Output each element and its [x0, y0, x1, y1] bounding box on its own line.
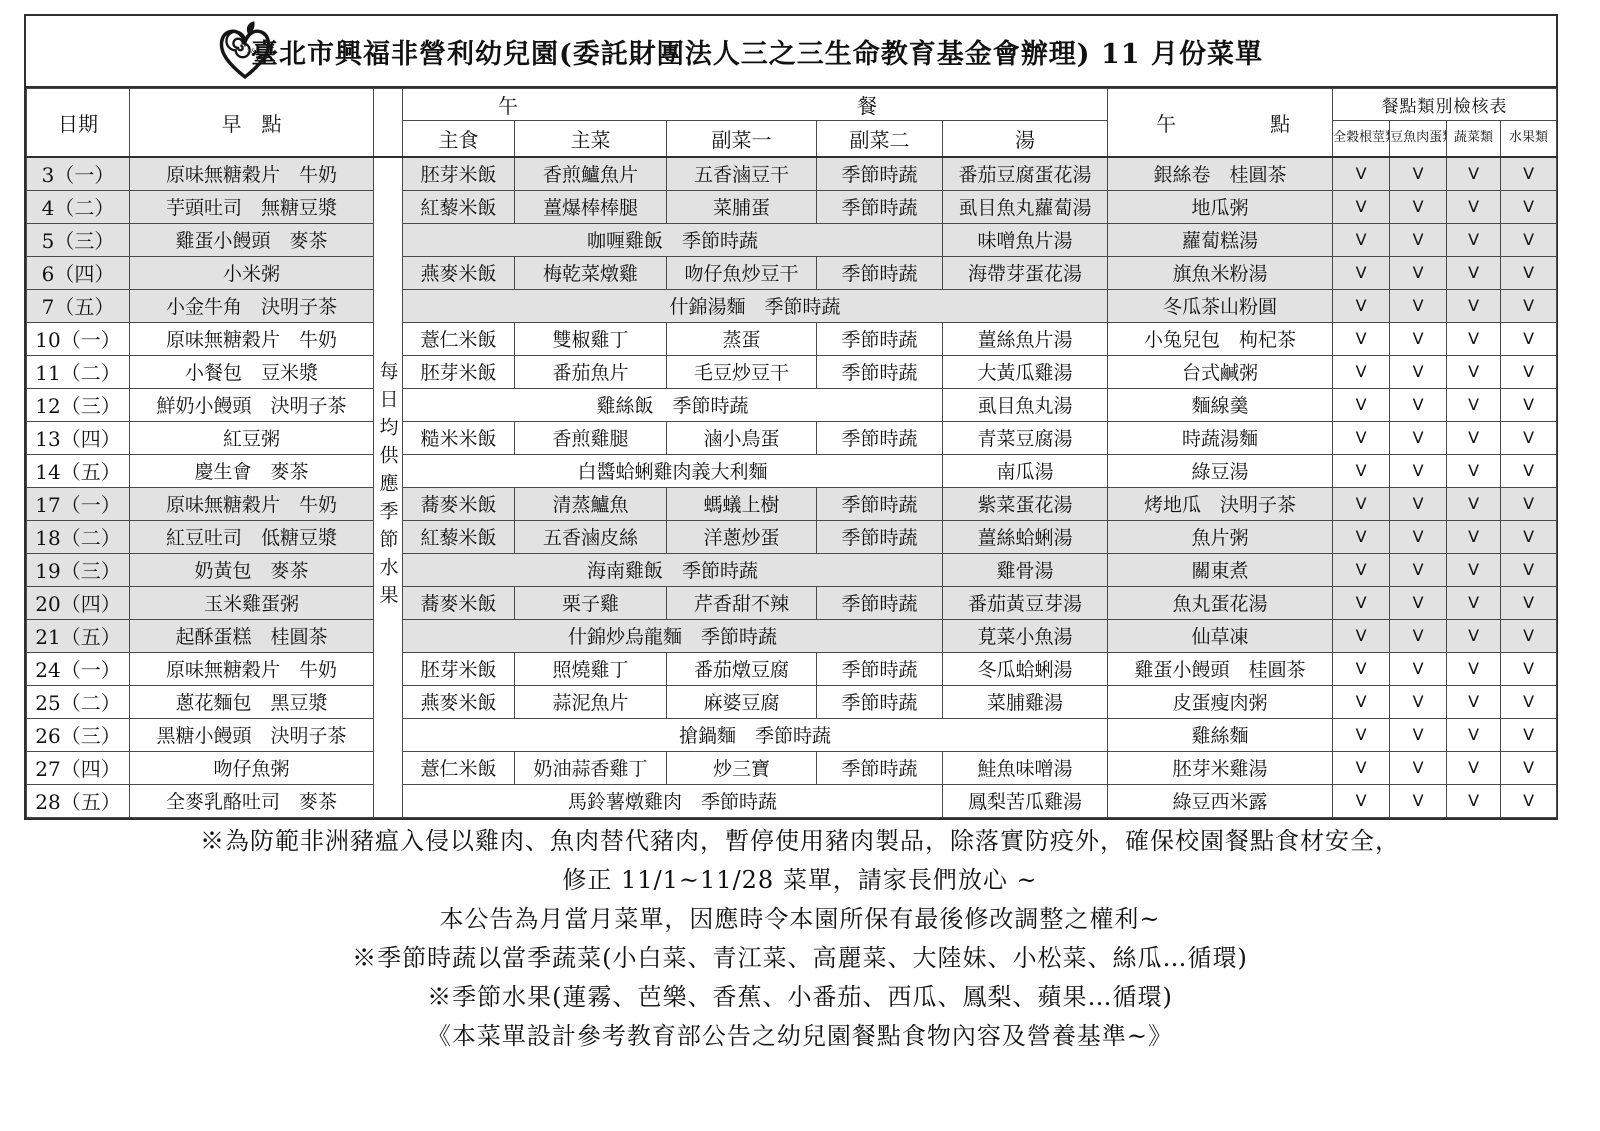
check-mark: V — [1501, 685, 1557, 718]
snack-header-left: 午 — [1156, 108, 1176, 137]
check-mark: V — [1333, 256, 1390, 289]
table-row: 27（四）吻仔魚粥薏仁米飯奶油蒜香雞丁炒三寶季節時蔬鮭魚味噌湯胚芽米雞湯VVVV — [27, 751, 1557, 784]
menu-body: 3（一）原味無糖穀片 牛奶每日均供應季節水果胚芽米飯香煎鱸魚片五香滷豆干季節時蔬… — [27, 157, 1557, 817]
snack-cell: 胚芽米雞湯 — [1108, 751, 1333, 784]
check-mark: V — [1333, 652, 1390, 685]
staple-cell: 胚芽米飯 — [403, 355, 515, 388]
breakfast-cell: 小餐包 豆米漿 — [130, 355, 374, 388]
col-header-grains: 全穀根莖類 — [1333, 121, 1390, 158]
date-cell: 5（三） — [27, 223, 130, 256]
snack-cell: 雞蛋小饅頭 桂圓茶 — [1108, 652, 1333, 685]
soup-cell: 青菜豆腐湯 — [943, 421, 1108, 454]
check-mark: V — [1390, 421, 1447, 454]
soup-cell: 鳳梨苦瓜雞湯 — [943, 784, 1108, 817]
check-mark: V — [1447, 520, 1501, 553]
table-row: 14（五）慶生會 麥茶白醬蛤蜊雞肉義大利麵南瓜湯綠豆湯VVVV — [27, 454, 1557, 487]
snack-cell: 綠豆湯 — [1108, 454, 1333, 487]
check-mark: V — [1390, 652, 1447, 685]
col-header-side1: 副菜一 — [667, 121, 817, 158]
check-mark: V — [1390, 619, 1447, 652]
date-cell: 27（四） — [27, 751, 130, 784]
daily-note-column-header — [374, 89, 403, 158]
side1-cell: 番茄燉豆腐 — [667, 652, 817, 685]
soup-cell: 番茄黃豆芽湯 — [943, 586, 1108, 619]
check-mark: V — [1501, 553, 1557, 586]
soup-cell: 虱目魚丸湯 — [943, 388, 1108, 421]
breakfast-cell: 原味無糖穀片 牛奶 — [130, 322, 374, 355]
snack-cell: 冬瓜茶山粉圓 — [1108, 289, 1333, 322]
lunch-combined-cell: 雞絲飯 季節時蔬 — [403, 388, 943, 421]
date-cell: 4（二） — [27, 190, 130, 223]
date-cell: 12（三） — [27, 388, 130, 421]
table-row: 18（二）紅豆吐司 低糖豆漿紅藜米飯五香滷皮絲洋蔥炒蛋季節時蔬薑絲蛤蜊湯魚片粥V… — [27, 520, 1557, 553]
staple-cell: 燕麥米飯 — [403, 256, 515, 289]
breakfast-cell: 原味無糖穀片 牛奶 — [130, 157, 374, 190]
side1-cell: 滷小鳥蛋 — [667, 421, 817, 454]
main-dish-cell: 照燒雞丁 — [515, 652, 667, 685]
soup-cell: 味噌魚片湯 — [943, 223, 1108, 256]
soup-cell: 海帶芽蛋花湯 — [943, 256, 1108, 289]
table-row: 5（三）雞蛋小饅頭 麥茶咖喱雞飯 季節時蔬味噌魚片湯蘿蔔糕湯VVVV — [27, 223, 1557, 256]
lunch-combined-cell: 白醬蛤蜊雞肉義大利麵 — [403, 454, 943, 487]
table-row: 26（三）黑糖小饅頭 決明子茶搶鍋麵 季節時蔬雞絲麵VVVV — [27, 718, 1557, 751]
staple-cell: 胚芽米飯 — [403, 157, 515, 190]
main-dish-cell: 番茄魚片 — [515, 355, 667, 388]
breakfast-cell: 紅豆粥 — [130, 421, 374, 454]
side2-cell: 季節時蔬 — [817, 685, 943, 718]
lunch-header-left: 午 — [498, 90, 518, 119]
soup-cell: 莧菜小魚湯 — [943, 619, 1108, 652]
col-header-protein: 豆魚肉蛋類 — [1390, 121, 1447, 158]
soup-cell: 菜脯雞湯 — [943, 685, 1108, 718]
table-row: 24（一）原味無糖穀片 牛奶胚芽米飯照燒雞丁番茄燉豆腐季節時蔬冬瓜蛤蜊湯雞蛋小饅… — [27, 652, 1557, 685]
staple-cell: 薏仁米飯 — [403, 751, 515, 784]
lunch-combined-cell: 馬鈴薯燉雞肉 季節時蔬 — [403, 784, 943, 817]
snack-cell: 仙草凍 — [1108, 619, 1333, 652]
snack-cell: 小兔兒包 枸杞茶 — [1108, 322, 1333, 355]
main-dish-cell: 香煎鱸魚片 — [515, 157, 667, 190]
side1-cell: 芹香甜不辣 — [667, 586, 817, 619]
staple-cell: 糙米米飯 — [403, 421, 515, 454]
check-mark: V — [1333, 421, 1390, 454]
school-logo-icon: 3&3 — [216, 21, 274, 83]
date-cell: 3（一） — [27, 157, 130, 190]
check-mark: V — [1447, 157, 1501, 190]
check-mark: V — [1333, 619, 1390, 652]
check-mark: V — [1501, 751, 1557, 784]
table-row: 28（五）全麥乳酪吐司 麥茶馬鈴薯燉雞肉 季節時蔬鳳梨苦瓜雞湯綠豆西米露VVVV — [27, 784, 1557, 817]
daily-fruit-note: 每日均供應季節水果 — [374, 157, 403, 817]
date-cell: 20（四） — [27, 586, 130, 619]
check-mark: V — [1390, 157, 1447, 190]
breakfast-cell: 紅豆吐司 低糖豆漿 — [130, 520, 374, 553]
breakfast-cell: 奶黃包 麥茶 — [130, 553, 374, 586]
date-cell: 6（四） — [27, 256, 130, 289]
date-cell: 24（一） — [27, 652, 130, 685]
check-mark: V — [1447, 256, 1501, 289]
check-mark: V — [1333, 751, 1390, 784]
check-mark: V — [1447, 190, 1501, 223]
snack-cell: 綠豆西米露 — [1108, 784, 1333, 817]
check-mark: V — [1447, 421, 1501, 454]
side1-cell: 螞蟻上樹 — [667, 487, 817, 520]
main-dish-cell: 奶油蒜香雞丁 — [515, 751, 667, 784]
check-mark: V — [1501, 520, 1557, 553]
snack-cell: 魚丸蛋花湯 — [1108, 586, 1333, 619]
soup-cell: 冬瓜蛤蜊湯 — [943, 652, 1108, 685]
check-mark: V — [1390, 751, 1447, 784]
side2-cell: 季節時蔬 — [817, 190, 943, 223]
check-mark: V — [1390, 718, 1447, 751]
main-dish-cell: 薑爆棒棒腿 — [515, 190, 667, 223]
check-mark: V — [1501, 355, 1557, 388]
check-mark: V — [1333, 322, 1390, 355]
col-header-soup: 湯 — [943, 121, 1108, 158]
side2-cell: 季節時蔬 — [817, 355, 943, 388]
check-mark: V — [1333, 487, 1390, 520]
soup-cell: 大黃瓜雞湯 — [943, 355, 1108, 388]
check-mark: V — [1333, 784, 1390, 817]
check-mark: V — [1390, 553, 1447, 586]
date-cell: 10（一） — [27, 322, 130, 355]
check-mark: V — [1390, 454, 1447, 487]
notes-section: ※為防範非洲豬瘟入侵以雞肉、魚肉替代豬肉，暫停使用豬肉製品，除落實防疫外，確保校… — [0, 822, 1600, 1056]
check-mark: V — [1390, 487, 1447, 520]
breakfast-cell: 原味無糖穀片 牛奶 — [130, 652, 374, 685]
check-mark: V — [1333, 553, 1390, 586]
check-mark: V — [1447, 586, 1501, 619]
check-mark: V — [1390, 685, 1447, 718]
side2-cell: 季節時蔬 — [817, 586, 943, 619]
main-dish-cell: 蒜泥魚片 — [515, 685, 667, 718]
table-row: 17（一）原味無糖穀片 牛奶蕎麥米飯清蒸鱸魚螞蟻上樹季節時蔬紫菜蛋花湯烤地瓜 決… — [27, 487, 1557, 520]
check-mark: V — [1390, 289, 1447, 322]
staple-cell: 胚芽米飯 — [403, 652, 515, 685]
snack-cell: 銀絲卷 桂圓茶 — [1108, 157, 1333, 190]
note-line: 本公告為月當月菜單，因應時令本園所保有最後修改調整之權利~ — [0, 900, 1600, 939]
check-mark: V — [1501, 289, 1557, 322]
breakfast-cell: 雞蛋小饅頭 麥茶 — [130, 223, 374, 256]
lunch-combined-cell: 什錦炒烏龍麵 季節時蔬 — [403, 619, 943, 652]
table-row: 7（五）小金牛角 決明子茶什錦湯麵 季節時蔬冬瓜茶山粉圓VVVV — [27, 289, 1557, 322]
side2-cell: 季節時蔬 — [817, 487, 943, 520]
soup-cell: 虱目魚丸蘿蔔湯 — [943, 190, 1108, 223]
date-cell: 17（一） — [27, 487, 130, 520]
side2-cell: 季節時蔬 — [817, 157, 943, 190]
check-mark: V — [1501, 454, 1557, 487]
soup-cell: 鮭魚味噌湯 — [943, 751, 1108, 784]
breakfast-cell: 慶生會 麥茶 — [130, 454, 374, 487]
staple-cell: 蕎麥米飯 — [403, 586, 515, 619]
snack-cell: 蘿蔔糕湯 — [1108, 223, 1333, 256]
snack-cell: 旗魚米粉湯 — [1108, 256, 1333, 289]
col-header-fruit: 水果類 — [1501, 121, 1557, 158]
menu-table: 日期 早 點 午 餐 午 點 餐點 — [26, 88, 1557, 818]
page-title: 臺北市興福非營利幼兒園(委託財團法人三之三生命教育基金會辦理) 11 月份菜單 — [251, 32, 1331, 71]
table-row: 3（一）原味無糖穀片 牛奶每日均供應季節水果胚芽米飯香煎鱸魚片五香滷豆干季節時蔬… — [27, 157, 1557, 190]
table-row: 19（三）奶黃包 麥茶海南雞飯 季節時蔬雞骨湯關東煮VVVV — [27, 553, 1557, 586]
check-mark: V — [1501, 322, 1557, 355]
date-cell: 21（五） — [27, 619, 130, 652]
check-mark: V — [1447, 454, 1501, 487]
table-row: 25（二）蔥花麵包 黑豆漿燕麥米飯蒜泥魚片麻婆豆腐季節時蔬菜脯雞湯皮蛋瘦肉粥VV… — [27, 685, 1557, 718]
side1-cell: 麻婆豆腐 — [667, 685, 817, 718]
date-cell: 28（五） — [27, 784, 130, 817]
col-header-checklist: 餐點類別檢核表 — [1333, 89, 1557, 121]
note-line: ※季節水果(蓮霧、芭樂、香蕉、小番茄、西瓜、鳳梨、蘋果…循環) — [0, 978, 1600, 1017]
col-header-lunch: 午 餐 — [403, 89, 1108, 121]
table-row: 6（四）小米粥燕麥米飯梅乾菜燉雞吻仔魚炒豆干季節時蔬海帶芽蛋花湯旗魚米粉湯VVV… — [27, 256, 1557, 289]
date-cell: 11（二） — [27, 355, 130, 388]
soup-cell: 紫菜蛋花湯 — [943, 487, 1108, 520]
date-cell: 25（二） — [27, 685, 130, 718]
side2-cell: 季節時蔬 — [817, 751, 943, 784]
check-mark: V — [1501, 619, 1557, 652]
side2-cell: 季節時蔬 — [817, 652, 943, 685]
note-line: 修正 11/1~11/28 菜單，請家長們放心 ~ — [0, 861, 1600, 900]
check-mark: V — [1447, 652, 1501, 685]
table-row: 21（五）起酥蛋糕 桂圓茶什錦炒烏龍麵 季節時蔬莧菜小魚湯仙草凍VVVV — [27, 619, 1557, 652]
lunch-header-right: 餐 — [857, 90, 877, 119]
breakfast-cell: 小金牛角 決明子茶 — [130, 289, 374, 322]
staple-cell: 紅藜米飯 — [403, 520, 515, 553]
note-line: ※為防範非洲豬瘟入侵以雞肉、魚肉替代豬肉，暫停使用豬肉製品，除落實防疫外，確保校… — [0, 822, 1600, 861]
check-mark: V — [1447, 487, 1501, 520]
breakfast-cell: 起酥蛋糕 桂圓茶 — [130, 619, 374, 652]
side1-cell: 吻仔魚炒豆干 — [667, 256, 817, 289]
main-dish-cell: 香煎雞腿 — [515, 421, 667, 454]
side2-cell: 季節時蔬 — [817, 256, 943, 289]
check-mark: V — [1501, 784, 1557, 817]
check-mark: V — [1333, 454, 1390, 487]
table-row: 20（四）玉米雞蛋粥蕎麥米飯栗子雞芹香甜不辣季節時蔬番茄黃豆芽湯魚丸蛋花湯VVV… — [27, 586, 1557, 619]
check-mark: V — [1447, 751, 1501, 784]
date-cell: 19（三） — [27, 553, 130, 586]
check-mark: V — [1390, 190, 1447, 223]
col-header-snack: 午 點 — [1108, 89, 1333, 158]
check-mark: V — [1447, 553, 1501, 586]
check-mark: V — [1501, 256, 1557, 289]
check-mark: V — [1333, 685, 1390, 718]
lunch-combined-cell: 搶鍋麵 季節時蔬 — [403, 718, 1108, 751]
snack-cell: 皮蛋瘦肉粥 — [1108, 685, 1333, 718]
check-mark: V — [1501, 718, 1557, 751]
breakfast-cell: 芋頭吐司 無糖豆漿 — [130, 190, 374, 223]
main-dish-cell: 栗子雞 — [515, 586, 667, 619]
check-mark: V — [1447, 619, 1501, 652]
breakfast-cell: 小米粥 — [130, 256, 374, 289]
check-mark: V — [1333, 355, 1390, 388]
snack-header-right: 點 — [1270, 108, 1290, 137]
check-mark: V — [1390, 322, 1447, 355]
check-mark: V — [1447, 718, 1501, 751]
check-mark: V — [1390, 388, 1447, 421]
snack-cell: 雞絲麵 — [1108, 718, 1333, 751]
snack-cell: 關東煮 — [1108, 553, 1333, 586]
check-mark: V — [1333, 520, 1390, 553]
lunch-combined-cell: 什錦湯麵 季節時蔬 — [403, 289, 1108, 322]
side1-cell: 菜脯蛋 — [667, 190, 817, 223]
check-mark: V — [1390, 586, 1447, 619]
check-mark: V — [1501, 421, 1557, 454]
check-mark: V — [1447, 784, 1501, 817]
check-mark: V — [1390, 784, 1447, 817]
snack-cell: 麵線羹 — [1108, 388, 1333, 421]
side2-cell: 季節時蔬 — [817, 520, 943, 553]
staple-cell: 薏仁米飯 — [403, 322, 515, 355]
col-header-main: 主菜 — [515, 121, 667, 158]
check-mark: V — [1390, 223, 1447, 256]
menu-page: 3&3 臺北市興福非營利幼兒園(委託財團法人三之三生命教育基金會辦理) 11 月… — [0, 0, 1600, 1131]
snack-cell: 地瓜粥 — [1108, 190, 1333, 223]
check-mark: V — [1447, 322, 1501, 355]
breakfast-cell: 原味無糖穀片 牛奶 — [130, 487, 374, 520]
check-mark: V — [1501, 223, 1557, 256]
table-row: 12（三）鮮奶小饅頭 決明子茶雞絲飯 季節時蔬虱目魚丸湯麵線羹VVVV — [27, 388, 1557, 421]
lunch-combined-cell: 咖喱雞飯 季節時蔬 — [403, 223, 943, 256]
check-mark: V — [1447, 355, 1501, 388]
soup-cell: 南瓜湯 — [943, 454, 1108, 487]
col-header-side2: 副菜二 — [817, 121, 943, 158]
side1-cell: 五香滷豆干 — [667, 157, 817, 190]
main-dish-cell: 清蒸鱸魚 — [515, 487, 667, 520]
check-mark: V — [1447, 685, 1501, 718]
check-mark: V — [1501, 190, 1557, 223]
side1-cell: 洋蔥炒蛋 — [667, 520, 817, 553]
soup-cell: 番茄豆腐蛋花湯 — [943, 157, 1108, 190]
check-mark: V — [1333, 190, 1390, 223]
check-mark: V — [1333, 718, 1390, 751]
table-row: 10（一）原味無糖穀片 牛奶薏仁米飯雙椒雞丁蒸蛋季節時蔬薑絲魚片湯小兔兒包 枸杞… — [27, 322, 1557, 355]
check-mark: V — [1447, 289, 1501, 322]
breakfast-cell: 吻仔魚粥 — [130, 751, 374, 784]
breakfast-cell: 黑糖小饅頭 決明子茶 — [130, 718, 374, 751]
main-dish-cell: 雙椒雞丁 — [515, 322, 667, 355]
soup-cell: 薑絲魚片湯 — [943, 322, 1108, 355]
staple-cell: 蕎麥米飯 — [403, 487, 515, 520]
check-mark: V — [1501, 487, 1557, 520]
breakfast-cell: 玉米雞蛋粥 — [130, 586, 374, 619]
check-mark: V — [1501, 652, 1557, 685]
date-cell: 13（四） — [27, 421, 130, 454]
table-row: 11（二）小餐包 豆米漿胚芽米飯番茄魚片毛豆炒豆干季節時蔬大黃瓜雞湯台式鹹粥VV… — [27, 355, 1557, 388]
side2-cell: 季節時蔬 — [817, 421, 943, 454]
staple-cell: 紅藜米飯 — [403, 190, 515, 223]
check-mark: V — [1447, 223, 1501, 256]
date-cell: 18（二） — [27, 520, 130, 553]
snack-cell: 台式鹹粥 — [1108, 355, 1333, 388]
side2-cell: 季節時蔬 — [817, 322, 943, 355]
table-row: 13（四）紅豆粥糙米米飯香煎雞腿滷小鳥蛋季節時蔬青菜豆腐湯時蔬湯麵VVVV — [27, 421, 1557, 454]
check-mark: V — [1390, 520, 1447, 553]
menu-sheet: 3&3 臺北市興福非營利幼兒園(委託財團法人三之三生命教育基金會辦理) 11 月… — [24, 14, 1558, 820]
col-header-staple: 主食 — [403, 121, 515, 158]
col-header-vegetable: 蔬菜類 — [1447, 121, 1501, 158]
soup-cell: 雞骨湯 — [943, 553, 1108, 586]
date-cell: 26（三） — [27, 718, 130, 751]
side1-cell: 毛豆炒豆干 — [667, 355, 817, 388]
title-bar: 3&3 臺北市興福非營利幼兒園(委託財團法人三之三生命教育基金會辦理) 11 月… — [26, 16, 1556, 88]
check-mark: V — [1390, 256, 1447, 289]
side1-cell: 蒸蛋 — [667, 322, 817, 355]
snack-cell: 時蔬湯麵 — [1108, 421, 1333, 454]
check-mark: V — [1501, 388, 1557, 421]
check-mark: V — [1333, 388, 1390, 421]
col-header-date: 日期 — [27, 89, 130, 158]
check-mark: V — [1501, 586, 1557, 619]
note-line: 《本菜單設計參考教育部公告之幼兒園餐點食物內容及營養基準~》 — [0, 1017, 1600, 1056]
col-header-breakfast: 早 點 — [130, 89, 374, 158]
lunch-combined-cell: 海南雞飯 季節時蔬 — [403, 553, 943, 586]
logo-text: 3&3 — [247, 48, 261, 56]
soup-cell: 薑絲蛤蜊湯 — [943, 520, 1108, 553]
breakfast-cell: 蔥花麵包 黑豆漿 — [130, 685, 374, 718]
check-mark: V — [1333, 289, 1390, 322]
table-row: 4（二）芋頭吐司 無糖豆漿紅藜米飯薑爆棒棒腿菜脯蛋季節時蔬虱目魚丸蘿蔔湯地瓜粥V… — [27, 190, 1557, 223]
check-mark: V — [1447, 388, 1501, 421]
check-mark: V — [1333, 157, 1390, 190]
date-cell: 14（五） — [27, 454, 130, 487]
main-dish-cell: 梅乾菜燉雞 — [515, 256, 667, 289]
check-mark: V — [1333, 223, 1390, 256]
snack-cell: 烤地瓜 決明子茶 — [1108, 487, 1333, 520]
check-mark: V — [1333, 586, 1390, 619]
staple-cell: 燕麥米飯 — [403, 685, 515, 718]
note-line: ※季節時蔬以當季蔬菜(小白菜、青江菜、高麗菜、大陸妹、小松菜、絲瓜…循環) — [0, 939, 1600, 978]
breakfast-cell: 全麥乳酪吐司 麥茶 — [130, 784, 374, 817]
main-dish-cell: 五香滷皮絲 — [515, 520, 667, 553]
date-cell: 7（五） — [27, 289, 130, 322]
snack-cell: 魚片粥 — [1108, 520, 1333, 553]
check-mark: V — [1501, 157, 1557, 190]
side1-cell: 炒三寶 — [667, 751, 817, 784]
breakfast-cell: 鮮奶小饅頭 決明子茶 — [130, 388, 374, 421]
check-mark: V — [1390, 355, 1447, 388]
